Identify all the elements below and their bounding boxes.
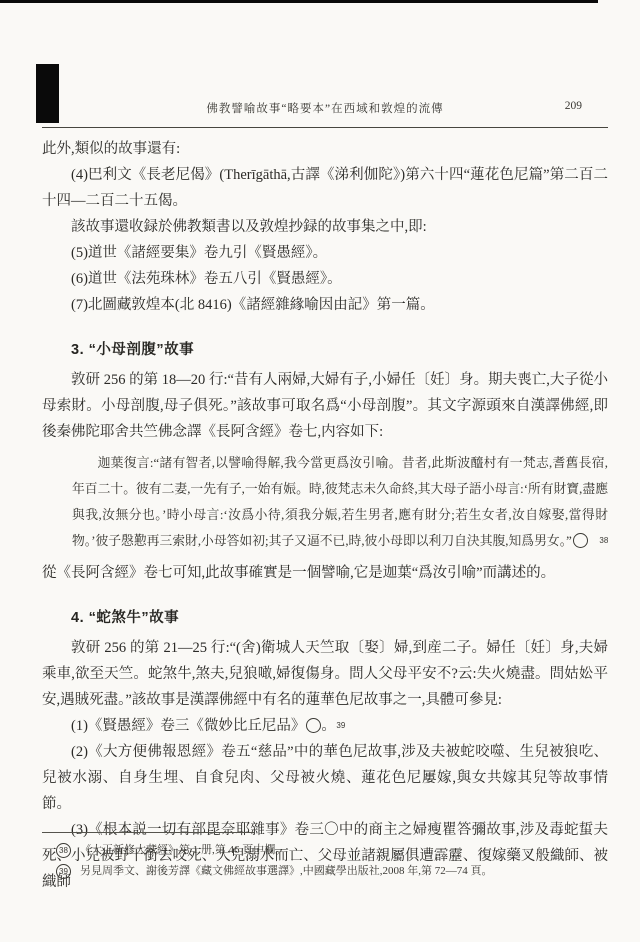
scan-artifact-top-line — [0, 0, 598, 3]
section-heading: 3. “小母剖腹”故事 — [42, 337, 608, 363]
footnote-item: 39另見周季文、謝後芳譯《藏文佛經故事選譯》,中國藏學出版社,2008 年,第 … — [56, 861, 608, 882]
paragraph: (4)巴利文《長老尼偈》(Therīgāthā,古譯《涕利伽陀》)第六十四“蓮花… — [42, 162, 608, 214]
footnotes: 38《大正新修大藏經》第 1 册,第 46 頁中欄。39另見周季文、謝後芳譯《藏… — [42, 832, 608, 882]
paragraph: (5)道世《諸經要集》卷九引《賢愚經》。 — [42, 240, 608, 266]
running-title: 佛教譬喻故事“略要本”在西域和敦煌的流傳 — [42, 100, 608, 116]
paragraph: 此外,類似的故事還有: — [42, 136, 608, 162]
footnote-item: 38《大正新修大藏經》第 1 册,第 46 頁中欄。 — [56, 840, 608, 861]
footnote-rule — [42, 832, 254, 833]
paragraph: (2)《大方便佛報恩經》卷五“慈品”中的華色尼故事,涉及夫被蛇咬噬、生兒被狼吃、… — [42, 739, 608, 817]
paragraph: 該故事還收録於佛教類書以及敦煌抄録的故事集之中,即: — [42, 214, 608, 240]
paragraph: 迦葉復言:“諸有智者,以譬喻得解,我今當更爲汝引喻。昔者,此斯波醯村有一梵志,耆… — [72, 450, 608, 554]
header-rule — [42, 127, 608, 128]
footnote-marker: 39 — [56, 864, 71, 879]
section-heading: 4. “蛇煞牛”故事 — [42, 605, 608, 631]
footnote-marker: 38 — [56, 843, 71, 858]
running-header: 佛教譬喻故事“略要本”在西域和敦煌的流傳 209 — [42, 100, 608, 120]
page-number: 209 — [565, 100, 582, 112]
footnote-text: 《大正新修大藏經》第 1 册,第 46 頁中欄。 — [80, 840, 608, 861]
paragraph: 敦研 256 的第 18—20 行:“昔有人兩婦,大婦有子,小婦任〔妊〕身。期夫… — [42, 367, 608, 445]
paragraph: (6)道世《法苑珠林》卷五八引《賢愚經》。 — [42, 266, 608, 292]
footnote-text: 另見周季文、謝後芳譯《藏文佛經故事選譯》,中國藏學出版社,2008 年,第 72… — [80, 861, 608, 882]
paragraph: (1)《賢愚經》卷三《微妙比丘尼品》39。 — [42, 713, 608, 739]
footnote-ref: 39 — [306, 718, 321, 733]
footnote-ref: 38 — [573, 533, 588, 548]
scanned-book-page: 佛教譬喻故事“略要本”在西域和敦煌的流傳 209 此外,類似的故事還有:(4)巴… — [0, 0, 640, 942]
paragraph: 敦研 256 的第 21—25 行:“(舍)衛城人天竺取〔娶〕婦,到産二子。婦任… — [42, 635, 608, 713]
paragraph: (7)北圖藏敦煌本(北 8416)《諸經雜緣喻因由記》第一篇。 — [42, 292, 608, 318]
body-text: 此外,類似的故事還有:(4)巴利文《長老尼偈》(Therīgāthā,古譯《涕利… — [42, 136, 608, 895]
paragraph: 從《長阿含經》卷七可知,此故事確實是一個譬喻,它是迦葉“爲汝引喻”而講述的。 — [42, 560, 608, 586]
